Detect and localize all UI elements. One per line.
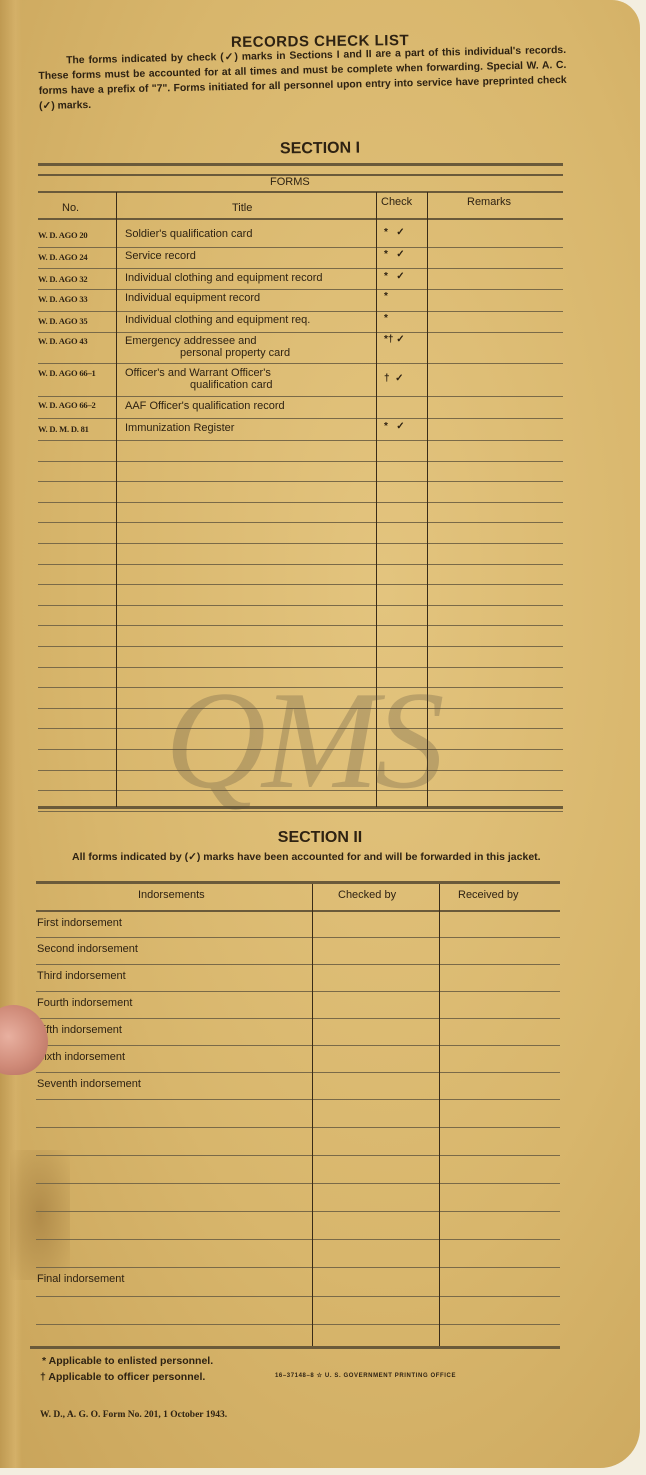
indorsement-label: Fourth indorsement bbox=[37, 997, 132, 1009]
footnote-enlisted: * Applicable to enlisted personnel. bbox=[42, 1355, 213, 1367]
forms-group-header: FORMS bbox=[270, 176, 310, 188]
received-by-cell[interactable] bbox=[441, 1099, 558, 1127]
column-divider bbox=[439, 884, 440, 1346]
received-by-cell[interactable] bbox=[441, 1296, 558, 1324]
blank-row-entry[interactable] bbox=[427, 605, 563, 626]
form-title-cell: Individual equipment record bbox=[125, 292, 260, 304]
checked-by-cell[interactable] bbox=[314, 1045, 437, 1072]
watermark: QMS bbox=[165, 660, 441, 821]
checked-by-cell[interactable] bbox=[314, 1183, 437, 1211]
remarks-cell[interactable] bbox=[430, 333, 560, 363]
blank-row-entry[interactable] bbox=[427, 564, 563, 585]
blank-row-entry[interactable] bbox=[427, 543, 563, 564]
check-mark-cell[interactable]: *† ✓ bbox=[384, 334, 405, 345]
rule bbox=[36, 881, 560, 884]
form-number-cell: W. D. M. D. 81 bbox=[38, 424, 89, 434]
column-header-title: Title bbox=[232, 202, 252, 214]
received-by-cell[interactable] bbox=[441, 964, 558, 991]
column-header-checkedby: Checked by bbox=[338, 889, 396, 901]
check-mark-cell[interactable]: * ✓ bbox=[384, 227, 405, 238]
checked-by-cell[interactable] bbox=[314, 1072, 437, 1099]
indorsement-label: Seventh indorsement bbox=[37, 1078, 141, 1090]
checked-by-cell[interactable] bbox=[314, 1099, 437, 1127]
column-header-indorsements: Indorsements bbox=[138, 889, 205, 901]
column-header-remarks: Remarks bbox=[467, 196, 511, 208]
column-divider bbox=[427, 192, 428, 807]
form-title-cell: Individual clothing and equipment record bbox=[125, 272, 323, 284]
indorsement-label: First indorsement bbox=[37, 917, 122, 929]
check-mark-cell[interactable]: * bbox=[384, 313, 388, 324]
section2-title: SECTION II bbox=[0, 829, 640, 847]
form-number-cell: W. D. AGO 32 bbox=[38, 274, 87, 284]
form-title-cell-line2: qualification card bbox=[190, 379, 273, 391]
blank-row-entry[interactable] bbox=[427, 770, 563, 791]
section2-intro: All forms indicated by (✓) marks have be… bbox=[38, 851, 562, 863]
form-number-cell: W. D. AGO 24 bbox=[38, 252, 87, 262]
remarks-cell[interactable] bbox=[430, 248, 560, 268]
remarks-cell[interactable] bbox=[430, 270, 560, 289]
blank-row-entry[interactable] bbox=[427, 440, 563, 461]
check-mark-cell[interactable]: † ✓ bbox=[384, 373, 404, 384]
checked-by-cell[interactable] bbox=[314, 1018, 437, 1045]
blank-row-entry[interactable] bbox=[427, 708, 563, 729]
checked-by-cell[interactable] bbox=[314, 1267, 437, 1296]
received-by-cell[interactable] bbox=[441, 1239, 558, 1267]
form-number: W. D., A. G. O. Form No. 201, 1 October … bbox=[40, 1410, 227, 1420]
section1-title: SECTION I bbox=[0, 137, 640, 162]
form-title-cell: Individual clothing and equipment req. bbox=[125, 314, 310, 326]
checked-by-cell[interactable] bbox=[314, 1239, 437, 1267]
form-title-cell: AAF Officer's qualification record bbox=[125, 400, 285, 412]
column-divider bbox=[376, 192, 377, 807]
blank-row-entry[interactable] bbox=[427, 584, 563, 605]
remarks-cell[interactable] bbox=[430, 420, 560, 440]
blank-row-entry[interactable] bbox=[427, 728, 563, 749]
check-mark-cell[interactable]: * ✓ bbox=[384, 249, 405, 260]
indorsement-label: Sixth indorsement bbox=[37, 1051, 125, 1063]
form-number-cell: W. D. AGO 66–2 bbox=[38, 400, 96, 410]
checked-by-cell[interactable] bbox=[314, 937, 437, 964]
blank-row-entry[interactable] bbox=[427, 481, 563, 502]
received-by-cell[interactable] bbox=[441, 1072, 558, 1099]
checked-by-cell[interactable] bbox=[314, 964, 437, 991]
check-mark-cell[interactable]: * ✓ bbox=[384, 271, 405, 282]
received-by-cell[interactable] bbox=[441, 1045, 558, 1072]
indorsement-label: Final indorsement bbox=[37, 1273, 124, 1285]
checked-by-cell[interactable] bbox=[314, 1211, 437, 1239]
blank-row-rule bbox=[38, 811, 563, 812]
print-code: 16–37148–8 ☆ U. S. GOVERNMENT PRINTING O… bbox=[275, 1372, 456, 1379]
checked-by-cell[interactable] bbox=[314, 1296, 437, 1324]
finger-holding-page bbox=[0, 1005, 48, 1075]
rule bbox=[38, 163, 563, 166]
received-by-cell[interactable] bbox=[441, 991, 558, 1018]
form-number-cell: W. D. AGO 33 bbox=[38, 294, 87, 304]
records-check-list-page: RECORDS CHECK LIST The forms indicated b… bbox=[0, 0, 640, 1468]
blank-row-entry[interactable] bbox=[427, 646, 563, 667]
remarks-cell[interactable] bbox=[430, 226, 560, 247]
paper-stain bbox=[10, 1150, 70, 1280]
check-mark-cell[interactable]: * ✓ bbox=[384, 421, 405, 432]
indorsement-label: Fifth indorsement bbox=[37, 1024, 122, 1036]
form-number-cell: W. D. AGO 20 bbox=[38, 230, 87, 240]
blank-row-entry[interactable] bbox=[427, 667, 563, 688]
received-by-cell[interactable] bbox=[441, 1127, 558, 1155]
received-by-cell[interactable] bbox=[441, 911, 558, 937]
form-title-cell: Service record bbox=[125, 250, 196, 262]
remarks-cell[interactable] bbox=[430, 398, 560, 418]
form-title-cell-line2: personal property card bbox=[180, 347, 290, 359]
checked-by-cell[interactable] bbox=[314, 911, 437, 937]
check-mark-cell[interactable]: * bbox=[384, 291, 388, 302]
column-header-receivedby: Received by bbox=[458, 889, 519, 901]
checked-by-cell[interactable] bbox=[314, 1155, 437, 1183]
footnote-officer: † Applicable to officer personnel. bbox=[40, 1371, 205, 1383]
indorsement-label: Third indorsement bbox=[37, 970, 126, 982]
column-divider bbox=[116, 192, 117, 807]
received-by-cell[interactable] bbox=[441, 1183, 558, 1211]
form-title-cell: Emergency addressee and bbox=[125, 335, 256, 347]
received-by-cell[interactable] bbox=[441, 1211, 558, 1239]
blank-row-entry[interactable] bbox=[427, 687, 563, 708]
received-by-cell[interactable] bbox=[441, 1267, 558, 1296]
checked-by-cell[interactable] bbox=[314, 1127, 437, 1155]
blank-row-entry[interactable] bbox=[427, 461, 563, 482]
checked-by-cell[interactable] bbox=[314, 991, 437, 1018]
column-header-check: Check bbox=[381, 196, 412, 208]
remarks-cell[interactable] bbox=[430, 290, 560, 311]
document-intro: The forms indicated by check (✓) marks i… bbox=[38, 43, 567, 114]
received-by-cell[interactable] bbox=[441, 937, 558, 964]
form-number-cell: W. D. AGO 35 bbox=[38, 316, 87, 326]
form-title-cell: Officer's and Warrant Officer's bbox=[125, 367, 271, 379]
form-title-cell: Soldier's qualification card bbox=[125, 228, 252, 240]
column-header-no: No. bbox=[62, 202, 79, 214]
remarks-cell[interactable] bbox=[430, 312, 560, 332]
received-by-cell[interactable] bbox=[441, 1155, 558, 1183]
form-number-cell: W. D. AGO 43 bbox=[38, 336, 87, 346]
indorsement-label: Second indorsement bbox=[37, 943, 138, 955]
received-by-cell[interactable] bbox=[441, 1018, 558, 1045]
form-number-cell: W. D. AGO 66–1 bbox=[38, 368, 96, 378]
blank-row-entry[interactable] bbox=[427, 502, 563, 523]
table-bottom-rule bbox=[30, 1346, 560, 1349]
blank-row-entry[interactable] bbox=[427, 749, 563, 770]
blank-row-entry[interactable] bbox=[427, 625, 563, 646]
blank-row-entry[interactable] bbox=[427, 522, 563, 543]
column-divider bbox=[312, 884, 313, 1346]
remarks-cell[interactable] bbox=[430, 365, 560, 396]
form-title-cell: Immunization Register bbox=[125, 422, 234, 434]
